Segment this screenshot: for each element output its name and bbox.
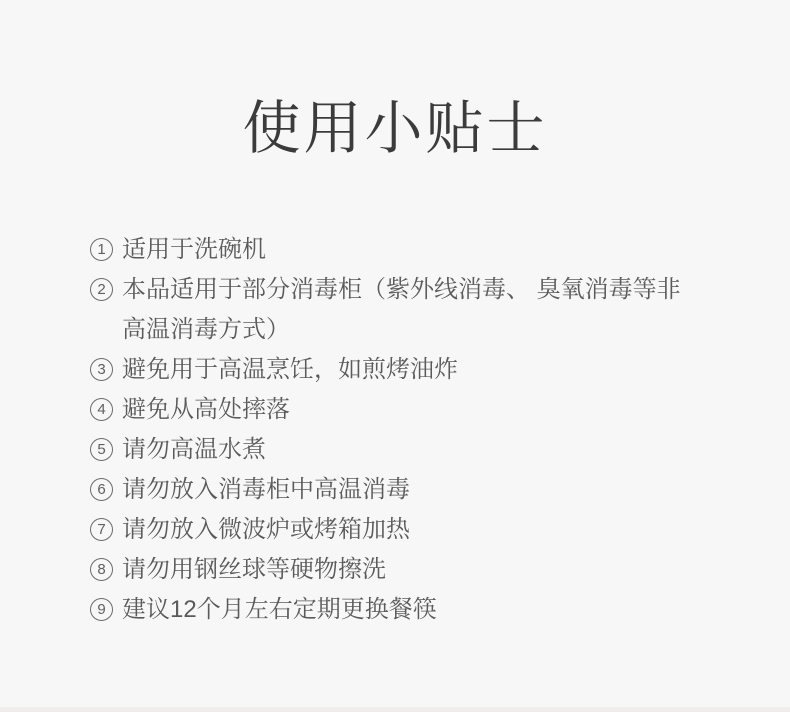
tip-text: 适用于洗碗机	[122, 230, 698, 270]
tip-item: 4避免从高处摔落	[90, 390, 698, 430]
tip-text: 请勿高温水煮	[122, 430, 698, 470]
tip-text-line: 请勿放入微波炉或烤箱加热	[122, 510, 698, 550]
tip-item: 1适用于洗碗机	[90, 230, 698, 270]
tip-number-badge: 1	[90, 238, 113, 261]
tip-item: 6请勿放入消毒柜中高温消毒	[90, 470, 698, 510]
tip-number-badge: 8	[90, 558, 113, 581]
tip-text-line: 请勿放入消毒柜中高温消毒	[122, 470, 698, 510]
tip-text: 避免从高处摔落	[122, 390, 698, 430]
tip-item: 9建议12个月左右定期更换餐筷	[90, 590, 698, 630]
tip-text-line: 请勿高温水煮	[122, 430, 698, 470]
tip-text-line: 适用于洗碗机	[122, 230, 698, 270]
tip-item: 3避免用于高温烹饪，如煎烤油炸	[90, 350, 698, 390]
tip-text-line: 高温消毒方式）	[122, 310, 698, 350]
tip-text-line: 请勿用钢丝球等硬物擦洗	[122, 550, 698, 590]
tip-number-badge: 4	[90, 398, 113, 421]
tip-number-badge: 7	[90, 518, 113, 541]
tip-item: 2本品适用于部分消毒柜（紫外线消毒、 臭氧消毒等非高温消毒方式）	[90, 270, 698, 350]
tip-number-badge: 6	[90, 478, 113, 501]
tip-number-badge: 9	[90, 598, 113, 621]
usage-tips-page: 使用小贴士 1适用于洗碗机2本品适用于部分消毒柜（紫外线消毒、 臭氧消毒等非高温…	[0, 0, 790, 712]
tip-item: 8请勿用钢丝球等硬物擦洗	[90, 550, 698, 590]
tip-item: 5请勿高温水煮	[90, 430, 698, 470]
next-section-edge	[0, 707, 790, 712]
tip-text-line: 本品适用于部分消毒柜（紫外线消毒、 臭氧消毒等非	[122, 270, 698, 310]
tip-text: 请勿用钢丝球等硬物擦洗	[122, 550, 698, 590]
tip-number-badge: 5	[90, 438, 113, 461]
tip-item: 7请勿放入微波炉或烤箱加热	[90, 510, 698, 550]
tip-text: 避免用于高温烹饪，如煎烤油炸	[122, 350, 698, 390]
tip-text-line: 建议12个月左右定期更换餐筷	[122, 590, 698, 630]
tip-number-badge: 3	[90, 358, 113, 381]
tip-text-line: 避免从高处摔落	[122, 390, 698, 430]
tip-text-line: 避免用于高温烹饪，如煎烤油炸	[122, 350, 698, 390]
tip-number-badge: 2	[90, 278, 113, 301]
tip-text: 建议12个月左右定期更换餐筷	[122, 590, 698, 630]
tip-text: 请勿放入消毒柜中高温消毒	[122, 470, 698, 510]
tips-list: 1适用于洗碗机2本品适用于部分消毒柜（紫外线消毒、 臭氧消毒等非高温消毒方式）3…	[90, 230, 698, 630]
page-title: 使用小贴士	[0, 0, 790, 158]
tip-text: 本品适用于部分消毒柜（紫外线消毒、 臭氧消毒等非高温消毒方式）	[122, 270, 698, 350]
tip-text: 请勿放入微波炉或烤箱加热	[122, 510, 698, 550]
